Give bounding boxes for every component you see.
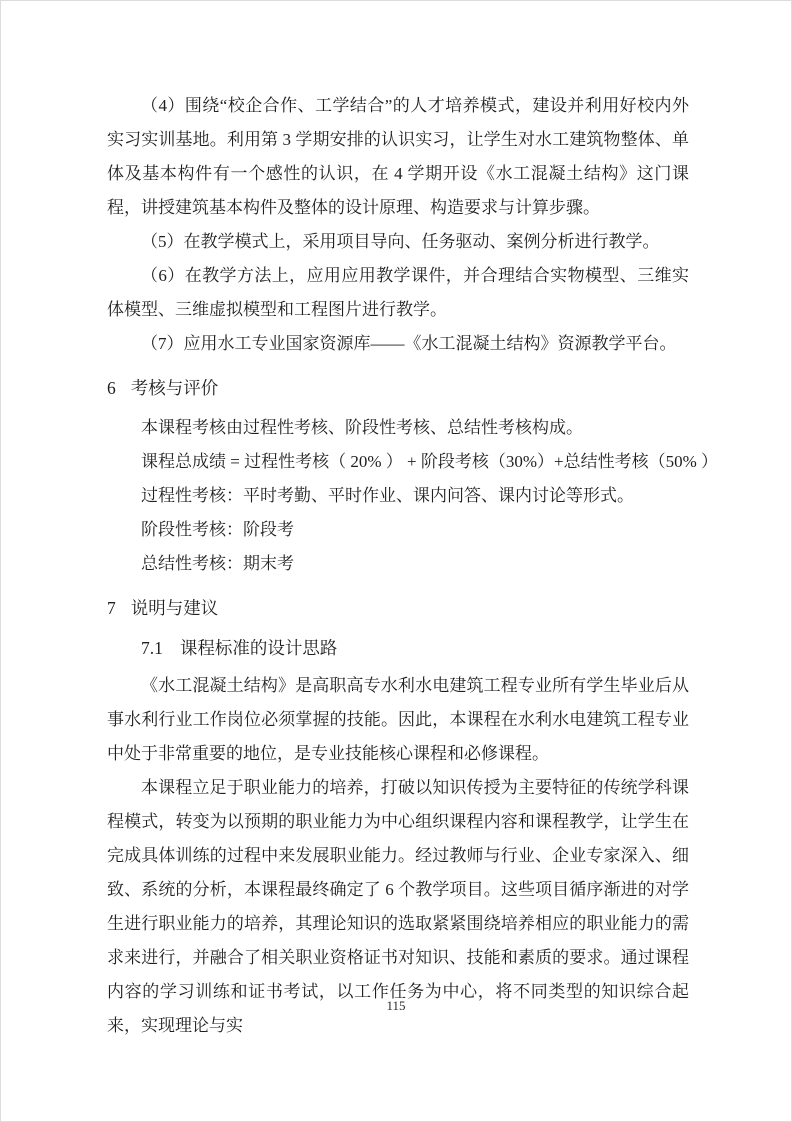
page-content: （4）围绕“校企合作、工学结合”的人才培养模式，建设并利用好校内外实习实训基地。… xyxy=(107,89,689,1043)
section-title: 考核与评价 xyxy=(131,378,219,398)
page-number: 115 xyxy=(1,997,791,1015)
assessment-line: 过程性考核：平时考勤、平时作业、课内问答、课内讨论等形式。 xyxy=(107,479,689,513)
paragraph-item-7: （7）应用水工专业国家资源库——《水工混凝土结构》资源教学平台。 xyxy=(107,327,689,361)
subsection-title: 课程标准的设计思路 xyxy=(180,638,338,658)
section-number: 6 xyxy=(107,371,116,405)
subsection-heading-7-1: 7.1课程标准的设计思路 xyxy=(107,631,689,665)
document-page: （4）围绕“校企合作、工学结合”的人才培养模式，建设并利用好校内外实习实训基地。… xyxy=(0,0,792,1122)
paragraph-item-4: （4）围绕“校企合作、工学结合”的人才培养模式，建设并利用好校内外实习实训基地。… xyxy=(107,89,689,225)
paragraph-course-importance: 《水工混凝土结构》是高职高专水利水电建筑工程专业所有学生毕业后从事水利行业工作岗… xyxy=(107,669,689,771)
section-title: 说明与建议 xyxy=(131,598,219,618)
assessment-line: 本课程考核由过程性考核、阶段性考核、总结性考核构成。 xyxy=(107,411,689,445)
assessment-line: 总结性考核：期末考 xyxy=(107,547,689,581)
assessment-line: 阶段性考核：阶段考 xyxy=(107,513,689,547)
assessment-formula-line: 课程总成绩 = 过程性考核（ 20% ） + 阶段考核（30%）+总结性考核（5… xyxy=(107,445,689,479)
section-number: 7 xyxy=(107,591,116,625)
section-heading-6: 6考核与评价 xyxy=(107,371,689,405)
section-heading-7: 7说明与建议 xyxy=(107,591,689,625)
paragraph-item-5: （5）在教学模式上，采用项目导向、任务驱动、案例分析进行教学。 xyxy=(107,225,689,259)
paragraph-item-6: （6）在教学方法上，应用应用教学课件，并合理结合实物模型、三维实体模型、三维虚拟… xyxy=(107,259,689,327)
subsection-number: 7.1 xyxy=(141,631,163,665)
